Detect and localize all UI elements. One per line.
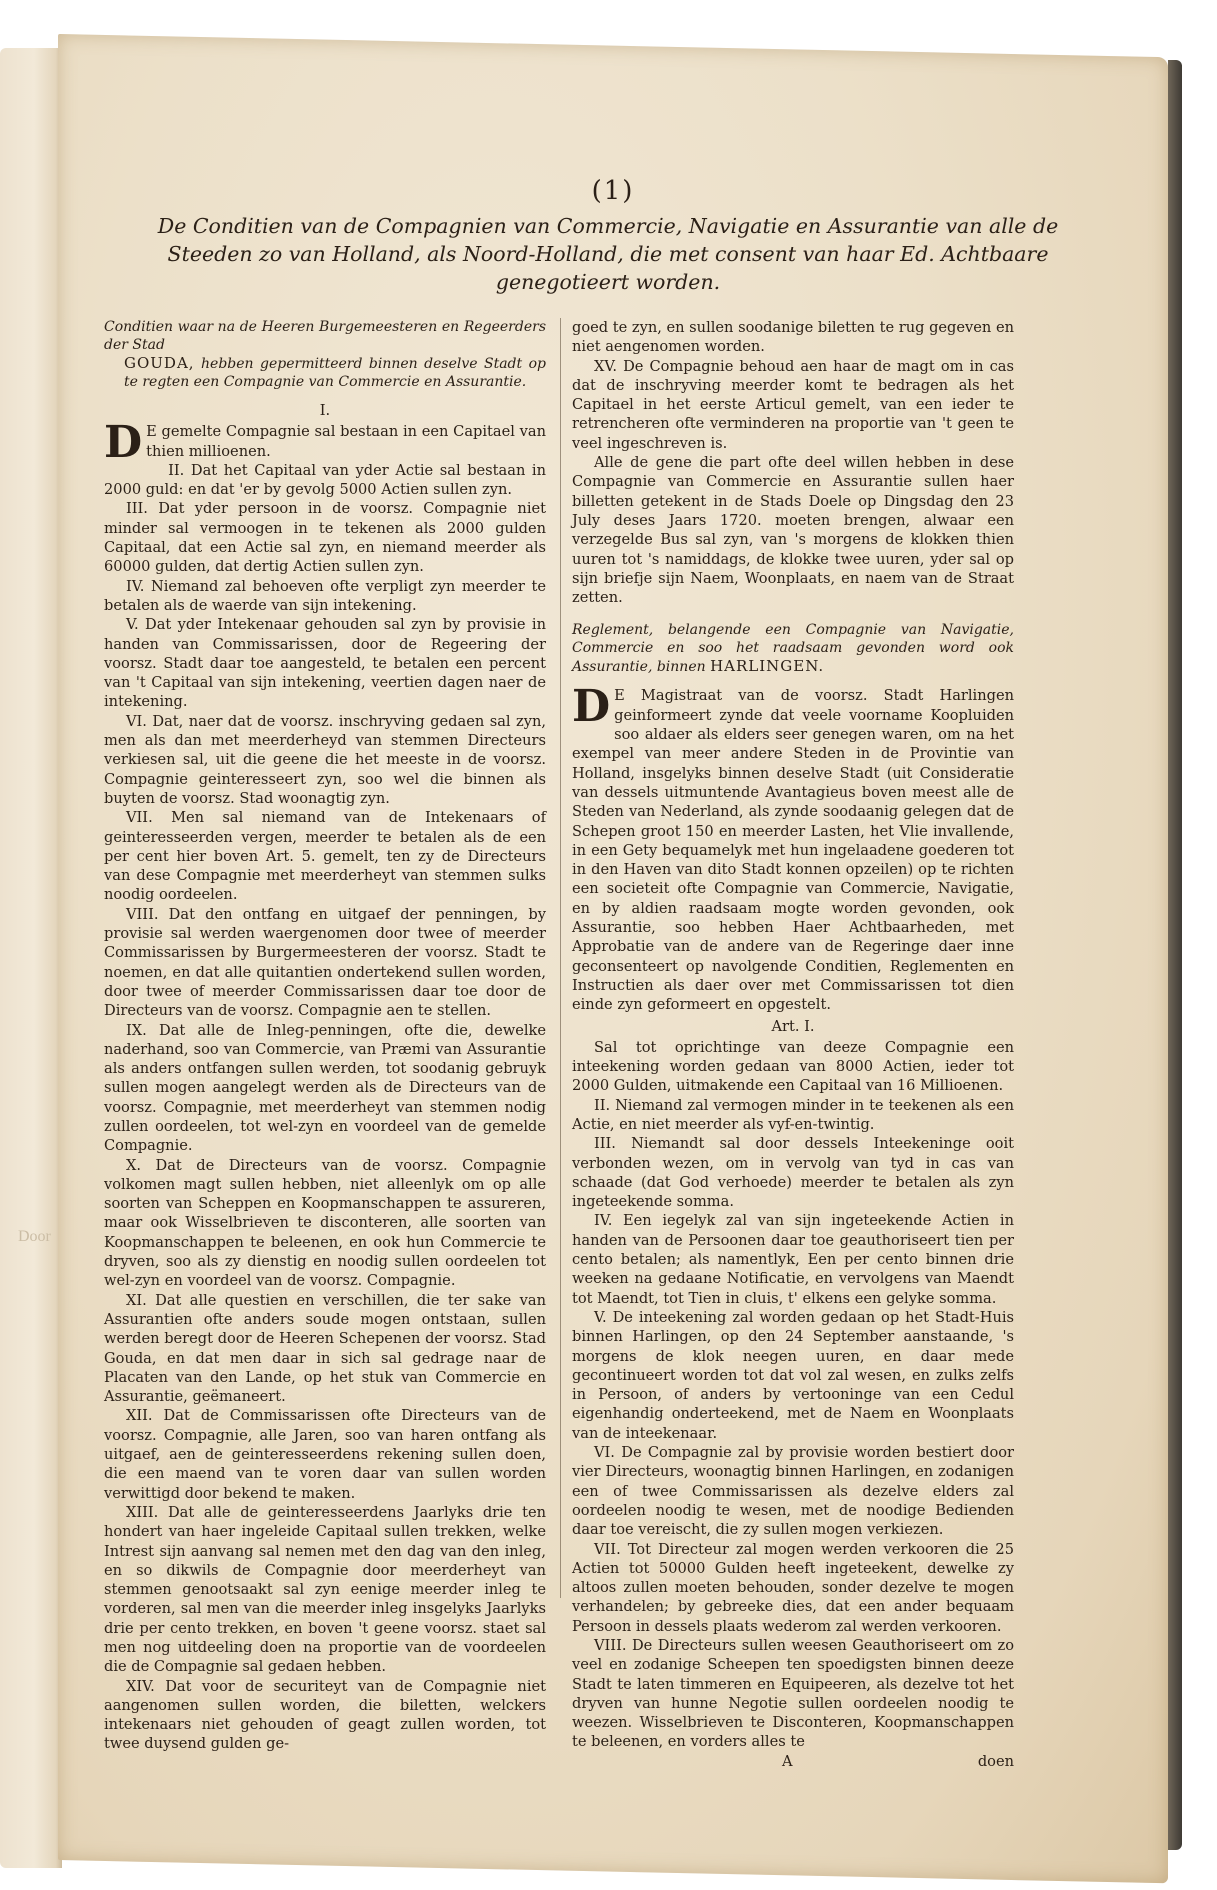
article-paragraph: V. De inteekening zal worden gedaan op h… bbox=[572, 1308, 1014, 1443]
article-paragraph: VII. Tot Directeur zal mogen werden verk… bbox=[572, 1540, 1014, 1636]
article-paragraph: VI. De Compagnie zal by provisie worden … bbox=[572, 1443, 1014, 1539]
article-paragraph: III. Niemandt sal door dessels Inteekeni… bbox=[572, 1134, 1014, 1211]
page-title: De Conditien van de Compagnien van Comme… bbox=[148, 212, 1068, 296]
catchword: doen bbox=[978, 1752, 1014, 1771]
facing-page-show-through-text: Door bbox=[18, 1228, 51, 1246]
city-name-gouda: GOUDA, bbox=[124, 354, 195, 372]
right-column: goed te zyn, en sullen soodanige bilette… bbox=[572, 318, 1014, 1772]
left-column: Conditien waar na de Heeren Burgemeester… bbox=[104, 318, 546, 1754]
gouda-intro: Conditien waar na de Heeren Burgemeester… bbox=[104, 318, 546, 391]
article-paragraph: IV. Een iegelyk zal van sijn ingeteekend… bbox=[572, 1211, 1014, 1307]
column-divider bbox=[560, 318, 561, 1598]
continuation-paragraph: goed te zyn, en sullen soodanige bilette… bbox=[572, 318, 1014, 357]
preamble-paragraph: DE Magistraat van de voorsz. Stadt Harli… bbox=[572, 686, 1014, 1014]
article-heading: Art. I. bbox=[572, 1017, 1014, 1036]
article-paragraph: II. Dat het Capitaal van yder Actie sal … bbox=[104, 461, 546, 500]
intro-line: Conditien waar na de Heeren Burgemeester… bbox=[104, 319, 546, 353]
article-paragraph: IX. Dat alle de Inleg-penningen, ofte di… bbox=[104, 1021, 546, 1156]
article-paragraph: VI. Dat, naer dat de voorsz. inschryving… bbox=[104, 712, 546, 808]
article-paragraph: IV. Niemand zal behoeven ofte verpligt z… bbox=[104, 577, 546, 616]
article-paragraph: Alle de gene die part ofte deel willen h… bbox=[572, 453, 1014, 607]
drop-cap: D bbox=[104, 424, 142, 462]
page-footer: A doen bbox=[572, 1752, 1014, 1772]
article-paragraph: XI. Dat alle questien en verschillen, di… bbox=[104, 1291, 546, 1407]
facing-page-edge: Door bbox=[0, 48, 62, 1868]
article-paragraph: DE gemelte Compagnie sal bestaan in een … bbox=[104, 422, 546, 461]
article-paragraph: III. Dat yder persoon in de voorsz. Comp… bbox=[104, 499, 546, 576]
article-paragraph: VIII. Dat den ontfang en uitgaef der pen… bbox=[104, 905, 546, 1021]
article-paragraph: VIII. De Directeurs sullen weesen Geauth… bbox=[572, 1636, 1014, 1752]
city-name-harlingen: HARLINGEN. bbox=[710, 657, 824, 675]
page-content: (1) De Conditien van de Compagnien van C… bbox=[58, 0, 1168, 1890]
article-paragraph: XV. De Compagnie behoud aen haar de magt… bbox=[572, 357, 1014, 453]
page-number: (1) bbox=[58, 176, 1168, 206]
article-paragraph: XII. Dat de Commissarissen ofte Directeu… bbox=[104, 1406, 546, 1502]
drop-cap: D bbox=[572, 688, 610, 726]
harlingen-reglement-heading: Reglement, belangende een Compagnie van … bbox=[572, 621, 1014, 676]
article-paragraph: VII. Men sal niemand van de Intekenaars … bbox=[104, 808, 546, 904]
article-paragraph: V. Dat yder Intekenaar gehouden sal zyn … bbox=[104, 615, 546, 711]
book-cover-edge bbox=[1168, 60, 1182, 1850]
signature-mark: A bbox=[782, 1752, 793, 1771]
article-paragraph: XIV. Dat voor de securiteyt van de Compa… bbox=[104, 1677, 546, 1754]
article-paragraph: Sal tot oprichtinge van deeze Compagnie … bbox=[572, 1038, 1014, 1096]
article-paragraph: II. Niemand zal vermogen minder in te te… bbox=[572, 1096, 1014, 1135]
article-paragraph: XIII. Dat alle de geinteresseerdens Jaar… bbox=[104, 1503, 546, 1677]
article-heading: I. bbox=[104, 401, 546, 420]
article-paragraph: X. Dat de Directeurs van de voorsz. Comp… bbox=[104, 1156, 546, 1291]
